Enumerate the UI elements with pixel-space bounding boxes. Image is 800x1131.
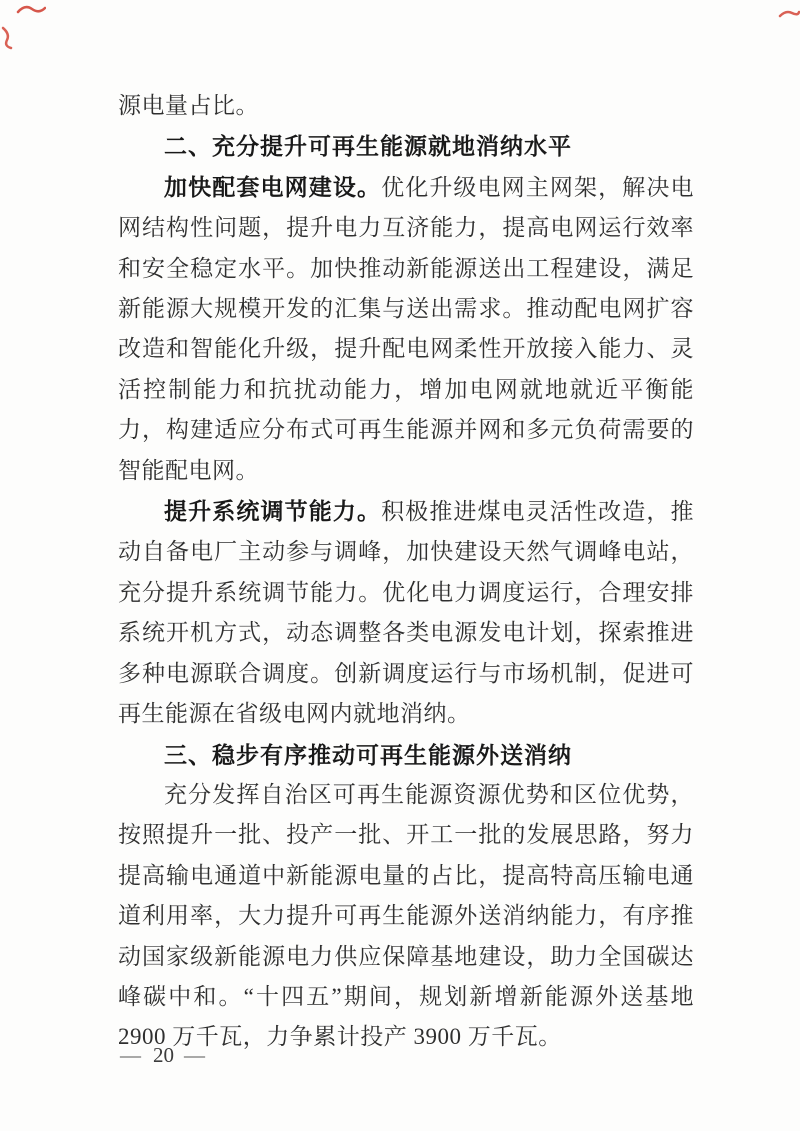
section-heading-2: 二、充分提升可再生能源就地消纳水平 xyxy=(118,126,694,166)
paragraph-continuation: 源电量占比。 xyxy=(118,86,694,126)
red-pen-mark-icon xyxy=(778,7,800,21)
paragraph-text: 优化升级电网主网架，解决电网结构性问题，提升电力互济能力，提高电网运行效率和安全… xyxy=(118,175,694,483)
page-footer: —20— xyxy=(120,1043,207,1068)
page-content: 源电量占比。 二、充分提升可再生能源就地消纳水平 加快配套电网建设。优化升级电网… xyxy=(118,86,694,1058)
page-number: 20 xyxy=(153,1043,174,1067)
red-pen-mark-icon xyxy=(0,26,16,50)
paragraph-grid-construction: 加快配套电网建设。优化升级电网主网架，解决电网结构性问题，提升电力互济能力，提高… xyxy=(118,167,694,491)
paragraph-system-regulation: 提升系统调节能力。积极推进煤电灵活性改造，推动自备电厂主动参与调峰，加快建设天然… xyxy=(118,491,694,734)
section-heading-3: 三、稳步有序推动可再生能源外送消纳 xyxy=(118,735,694,775)
footer-dash-right: — xyxy=(184,1043,207,1067)
paragraph-text: 积极推进煤电灵活性改造，推动自备电厂主动参与调峰，加快建设天然气调峰电站，充分提… xyxy=(118,499,694,726)
footer-dash-left: — xyxy=(120,1043,143,1067)
document-page: 源电量占比。 二、充分提升可再生能源就地消纳水平 加快配套电网建设。优化升级电网… xyxy=(0,0,800,1131)
red-pen-mark-icon xyxy=(16,2,46,18)
paragraph-outbound-transmission: 充分发挥自治区可再生能源资源优势和区位优势，按照提升一批、投产一批、开工一批的发… xyxy=(118,775,694,1058)
paragraph-lead: 加快配套电网建设。 xyxy=(164,174,381,200)
paragraph-text: 充分发挥自治区可再生能源资源优势和区位优势，按照提升一批、投产一批、开工一批的发… xyxy=(118,782,694,1049)
paragraph-lead: 提升系统调节能力。 xyxy=(164,498,381,524)
